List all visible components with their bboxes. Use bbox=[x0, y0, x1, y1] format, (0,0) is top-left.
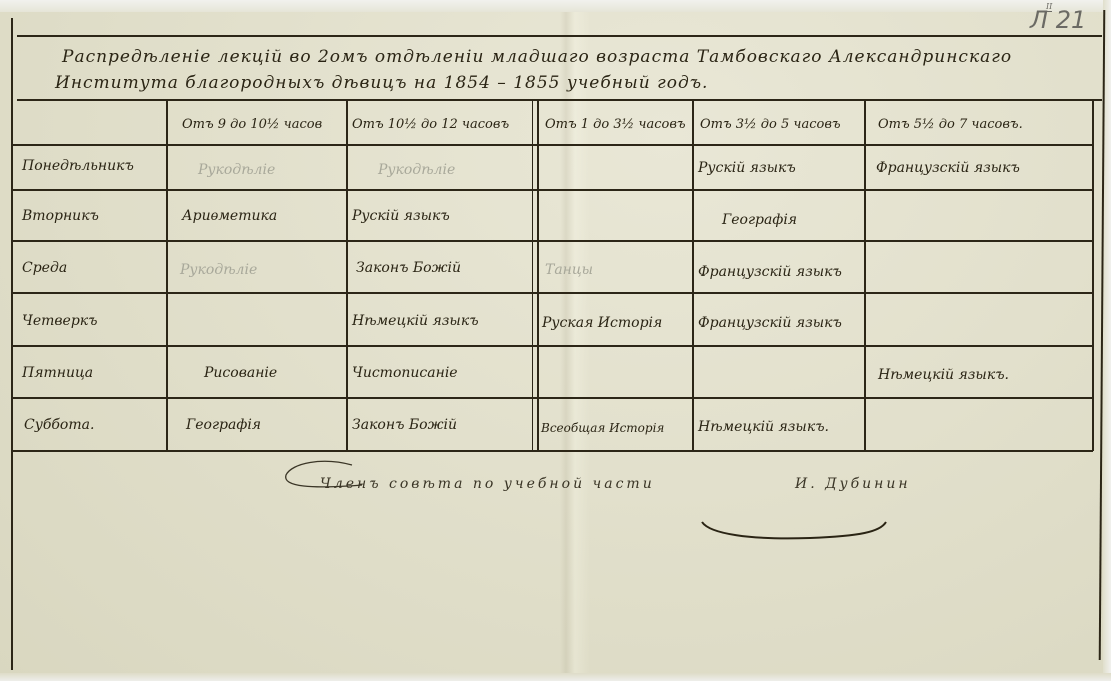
cell-sat-1: Географія bbox=[186, 417, 261, 433]
cell-mon-1: Рукодѣліе bbox=[198, 162, 275, 178]
signature-name: И. Дубинин bbox=[795, 476, 911, 492]
table-col-rule-6 bbox=[1092, 100, 1094, 451]
table-col-rule-3a bbox=[532, 100, 533, 451]
day-label-thursday: Четверкъ bbox=[22, 313, 97, 329]
cell-sat-4: Нѣмецкій языкъ. bbox=[698, 419, 829, 435]
cell-tue-2: Рускій языкъ bbox=[352, 208, 450, 224]
table-col-rule-1 bbox=[166, 100, 168, 451]
table-rule-row5 bbox=[13, 397, 1093, 399]
cell-wed-3: Танцы bbox=[545, 262, 593, 278]
cell-thu-4: Французскій языкъ bbox=[698, 315, 842, 331]
cell-sat-2: Законъ Божій bbox=[352, 417, 457, 433]
cell-thu-2: Нѣмецкій языкъ bbox=[352, 313, 479, 329]
column-header-3: Отъ 1 до 3½ часовъ bbox=[545, 117, 686, 132]
table-rule-row1 bbox=[13, 189, 1093, 191]
column-header-2: Отъ 10½ до 12 часовъ bbox=[352, 117, 509, 132]
scan-edge-top bbox=[0, 0, 1111, 12]
day-label-saturday: Суббота. bbox=[24, 417, 94, 433]
document-title-line-1: Распредѣленіе лекцій во 2омъ отдѣленіи м… bbox=[62, 47, 1012, 67]
day-label-tuesday: Вторникъ bbox=[22, 208, 99, 224]
table-rule-bottom bbox=[13, 450, 1093, 452]
table-rule-row2 bbox=[13, 240, 1093, 242]
document-title-line-2: Института благородныхъ дѣвицъ на 1854 – … bbox=[55, 73, 708, 93]
folio-number: Л 21 bbox=[1030, 6, 1086, 34]
cell-fri-5: Нѣмецкій языкъ. bbox=[878, 367, 1009, 383]
table-rule-row3 bbox=[13, 292, 1093, 294]
frame-left bbox=[11, 18, 13, 670]
title-top-rule bbox=[17, 35, 1102, 37]
table-col-rule-4 bbox=[692, 100, 694, 451]
table-col-rule-5 bbox=[864, 100, 866, 451]
cell-wed-4: Французскій языкъ bbox=[698, 264, 842, 280]
column-header-4: Отъ 3½ до 5 часовъ bbox=[700, 117, 841, 132]
column-header-1: Отъ 9 до 10½ часов bbox=[182, 117, 322, 132]
table-col-rule-3b bbox=[537, 100, 539, 451]
cell-wed-2: Законъ Божій bbox=[356, 260, 461, 276]
scan-edge-bottom bbox=[0, 673, 1111, 681]
cell-tue-1: Ариѳметика bbox=[182, 208, 277, 224]
cell-mon-2: Рукодѣліе bbox=[378, 162, 455, 178]
title-bottom-rule bbox=[17, 99, 1102, 101]
cell-fri-1: Рисованіе bbox=[204, 365, 277, 381]
cell-tue-4: Географія bbox=[722, 212, 797, 228]
column-header-5: Отъ 5½ до 7 часовъ. bbox=[878, 117, 1023, 132]
cell-mon-4: Рускій языкъ bbox=[698, 160, 796, 176]
day-label-friday: Пятница bbox=[22, 365, 93, 381]
signature-title: Членъ совѣта по учебной части bbox=[320, 476, 655, 492]
table-rule-row4 bbox=[13, 345, 1093, 347]
signature-underline-flourish bbox=[690, 520, 890, 560]
cell-mon-5: Французскій языкъ bbox=[876, 160, 1020, 176]
cell-wed-1: Рукодѣліе bbox=[180, 262, 257, 278]
folio-value: 21 bbox=[1056, 6, 1087, 34]
cell-sat-3: Всеобщая Исторія bbox=[541, 421, 664, 435]
table-col-rule-2 bbox=[346, 100, 348, 451]
table-rule-header bbox=[13, 144, 1093, 146]
day-label-monday: Понедѣльникъ bbox=[22, 158, 134, 174]
cell-thu-3: Руская Исторія bbox=[542, 315, 662, 331]
cell-fri-2: Чистописаніе bbox=[352, 365, 458, 381]
day-label-wednesday: Среда bbox=[22, 260, 67, 276]
